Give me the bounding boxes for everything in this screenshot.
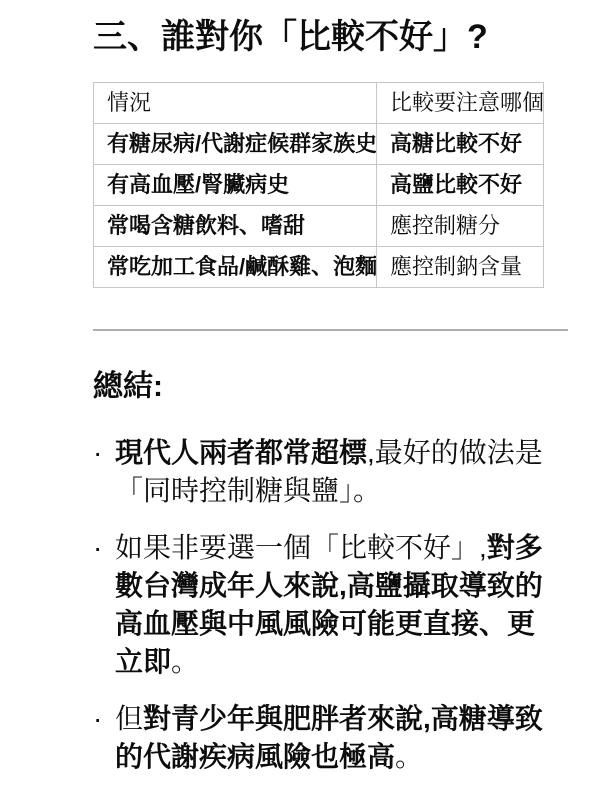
bullet-icon: · (93, 529, 115, 567)
list-item-text: 現代人兩者都常超標,最好的做法是「同時控制糖與鹽」。 (115, 434, 555, 510)
table-row: 常吃加工食品/鹹酥雞、泡麵 應控制鈉含量 (94, 247, 544, 288)
cell-advice: 應控制鈉含量 (377, 247, 544, 288)
table-row: 有高血壓/腎臟病史 高鹽比較不好 (94, 165, 544, 206)
table-row: 常喝含糖飲料、嗜甜 應控制糖分 (94, 206, 544, 247)
list-item: · 現代人兩者都常超標,最好的做法是「同時控制糖與鹽」。 (93, 434, 571, 510)
cell-situation: 常喝含糖飲料、嗜甜 (94, 206, 377, 247)
table-header-row: 情況 比較要注意哪個 (94, 83, 544, 124)
summary-list: · 現代人兩者都常超標,最好的做法是「同時控制糖與鹽」。 · 如果非要選一個「比… (93, 434, 571, 776)
list-item: · 但對青少年與肥胖者來說,高糖導致的代謝疾病風險也極高。 (93, 700, 571, 776)
text-bold: 對青少年與肥胖者來說,高糖導致的代謝疾病風險也極高 (115, 703, 543, 772)
text-normal: 。 (395, 741, 423, 772)
cell-situation: 常吃加工食品/鹹酥雞、泡麵 (94, 247, 377, 288)
summary-heading: 總結: (93, 369, 571, 405)
comparison-table: 情況 比較要注意哪個 有糖尿病/代謝症候群家族史 高糖比較不好 有高血壓/腎臟病… (93, 82, 544, 288)
list-item-text: 如果非要選一個「比較不好」,對多數台灣成年人來說,高鹽攝取導致的高血壓與中風風險… (115, 529, 555, 681)
cell-advice: 高鹽比較不好 (377, 165, 544, 206)
column-header-advice: 比較要注意哪個 (377, 83, 544, 124)
column-header-situation: 情況 (94, 83, 377, 124)
cell-situation: 有高血壓/腎臟病史 (94, 165, 377, 206)
list-item-text: 但對青少年與肥胖者來說,高糖導致的代謝疾病風險也極高。 (115, 700, 555, 776)
bullet-icon: · (93, 434, 115, 472)
document-page: 三、誰對你「比較不好」? 情況 比較要注意哪個 有糖尿病/代謝症候群家族史 高糖… (0, 0, 571, 776)
text-normal: 如果非要選一個「比較不好」, (115, 532, 487, 563)
section-divider (93, 329, 568, 331)
bullet-icon: · (93, 700, 115, 738)
text-normal: 但 (115, 703, 143, 734)
cell-situation: 有糖尿病/代謝症候群家族史 (94, 124, 377, 165)
text-bold: 現代人兩者都常超標 (115, 437, 367, 468)
text-normal: 。 (171, 646, 199, 677)
list-item: · 如果非要選一個「比較不好」,對多數台灣成年人來說,高鹽攝取導致的高血壓與中風… (93, 529, 571, 681)
page-title: 三、誰對你「比較不好」? (93, 17, 571, 58)
cell-advice: 應控制糖分 (377, 206, 544, 247)
cell-advice: 高糖比較不好 (377, 124, 544, 165)
table-row: 有糖尿病/代謝症候群家族史 高糖比較不好 (94, 124, 544, 165)
